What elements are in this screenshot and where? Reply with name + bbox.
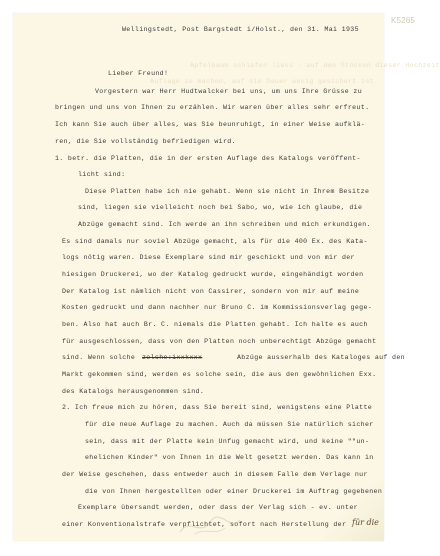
letter-body-line: logs nötig waren. Diese Exemplare sind m… bbox=[62, 254, 355, 262]
letter-body-line: für die neue Auflage zu machen. Auch da … bbox=[85, 421, 374, 429]
letter-body-line: licht sind: bbox=[78, 171, 125, 179]
show-through-text: Apfelbaum schlafen liess - auf den Stück… bbox=[190, 62, 440, 70]
letter-body-line: 2. Ich freue mich zu hören, dass Sie ber… bbox=[62, 404, 372, 412]
letter-body-line: für ausgeschlossen, dass von den Platten… bbox=[62, 338, 376, 346]
faint-signature-mark bbox=[175, 512, 245, 538]
letter-body-line: 1. betr. die Platten, die in der ersten … bbox=[55, 155, 361, 163]
letter-body-line: des Katalogs herausgenommen sind. bbox=[62, 388, 204, 396]
letter-body-line: die von Ihnen hergestellten oder einer D… bbox=[85, 488, 382, 496]
letter-body-line: Exemplare übersandt werden, oder dass de… bbox=[78, 504, 358, 512]
struck-out-text: zolche:ixxkxxx bbox=[142, 354, 202, 362]
letter-body-line: Markt gekommen sind, werden es solche se… bbox=[62, 371, 376, 379]
show-through-text: Auflage zu machen, auf die Dauer wenig g… bbox=[150, 78, 378, 86]
letter-body-line: ben. Also hat auch Br. C. niemals die Pl… bbox=[62, 321, 368, 329]
letter-body-line: sind. Wenn solche bbox=[62, 354, 135, 362]
letter-body-line: hiesigen Druckerei, wo der Katalog gedru… bbox=[62, 271, 363, 279]
letter-body-line: Ich kann Sie auch über alles, was Sie be… bbox=[55, 121, 365, 129]
letter-body-line: ren, die Sie vollständig befriedigen wir… bbox=[55, 138, 236, 146]
archive-id-stamp: K5265 bbox=[391, 16, 415, 25]
letter-body-line: Es sind damals nur soviel Abzüge gemacht… bbox=[62, 238, 368, 246]
letter-body-line: Diese Platten habe ich nie gehabt. Wenn … bbox=[85, 188, 369, 196]
letter-body-line: ehelichen Kinder" von Ihnen in die Welt … bbox=[85, 454, 374, 462]
letter-header-place-date: Wellingstedt, Post Bargstedt i/Holst., d… bbox=[122, 26, 359, 34]
letter-greeting: Lieber Freund! bbox=[108, 70, 168, 78]
handwritten-annotation: für die bbox=[352, 518, 379, 527]
letter-body-line: sind, liegen sie vielleicht noch bei Sab… bbox=[78, 204, 362, 212]
struck-word: zolche:ixxkxxx bbox=[142, 354, 202, 361]
letter-body-line: sein, dass mit der Platte kein Unfug gem… bbox=[85, 438, 369, 446]
letter-body-line: Vorgestern war Herr Hudtwalcker bei uns,… bbox=[95, 88, 362, 96]
letter-body-line-continuation: Abzüge ausserhalb des Kataloges auf den bbox=[237, 354, 405, 362]
letter-body-line: Der Katalog ist nämlich nicht von Cassir… bbox=[62, 288, 359, 296]
letter-body-line: bringen und uns von Ihnen zu erzählen. W… bbox=[55, 104, 369, 112]
letter-body-line: Abzüge gemacht sind. Ich werde an ihn sc… bbox=[78, 221, 371, 229]
letter-body-line: Kosten gedruckt und dann nachher nur Bru… bbox=[62, 304, 372, 312]
letter-body-line: der Weise geschehen, dass entweder auch … bbox=[62, 471, 368, 479]
